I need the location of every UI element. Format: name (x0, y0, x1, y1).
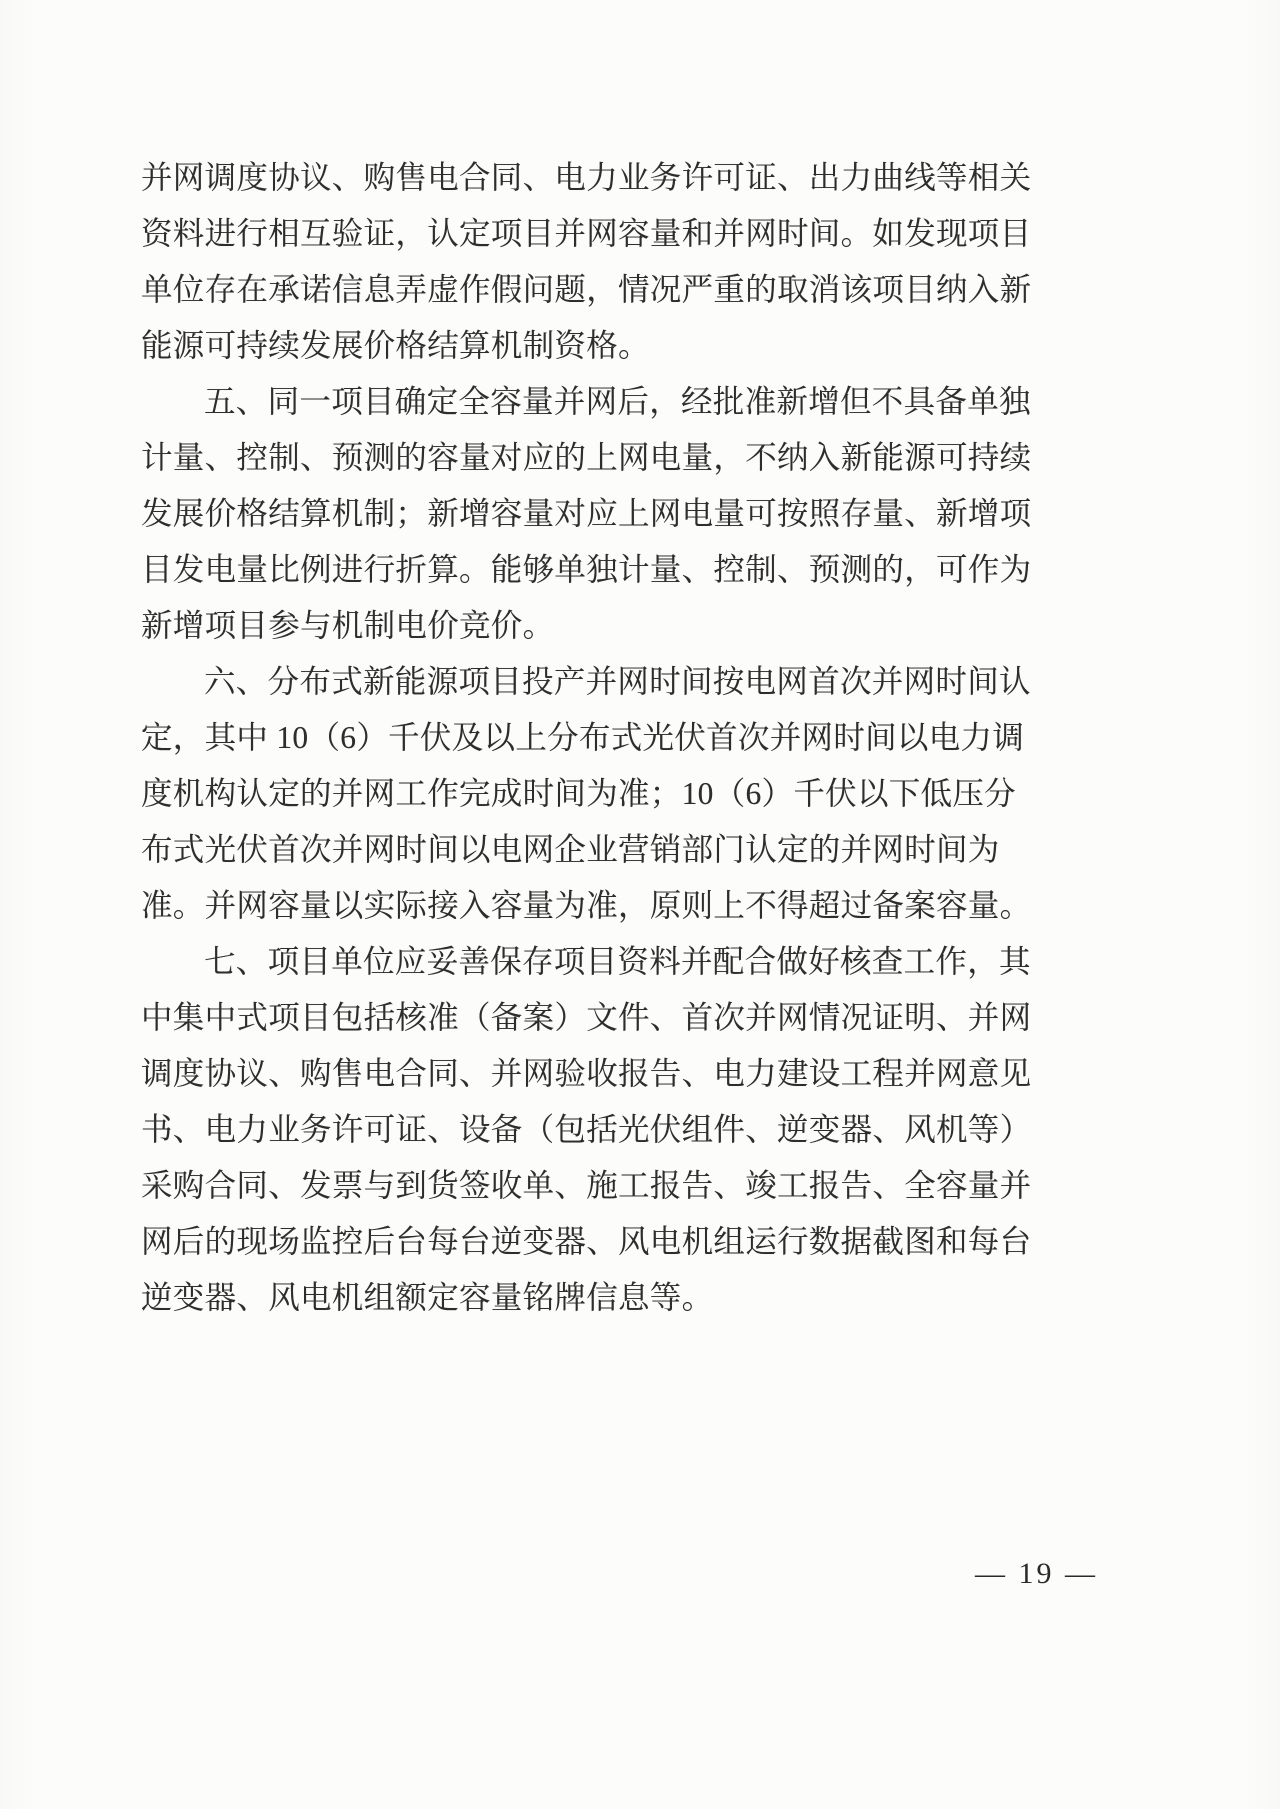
scanned-document-page: 并网调度协议、购售电合同、电力业务许可证、出力曲线等相关 资料进行相互验证，认定… (0, 0, 1280, 1809)
paragraph-item-5: 五、同一项目确定全容量并网后，经批准新增但不具备单独 计量、控制、预测的容量对应… (141, 374, 1011, 654)
paragraph-item-6: 六、分布式新能源项目投产并网时间按电网首次并网时间认 定，其中 10（6）千伏及… (141, 654, 1011, 934)
text-line: 并网调度协议、购售电合同、电力业务许可证、出力曲线等相关 (141, 150, 1011, 206)
paragraph-item-7: 七、项目单位应妥善保存项目资料并配合做好核查工作，其 中集中式项目包括核准（备案… (141, 934, 1011, 1326)
text-line: 定，其中 10（6）千伏及以上分布式光伏首次并网时间以电力调 (141, 710, 1011, 766)
text-line: 中集中式项目包括核准（备案）文件、首次并网情况证明、并网 (141, 990, 1011, 1046)
text-line: 五、同一项目确定全容量并网后，经批准新增但不具备单独 (141, 374, 1011, 430)
text-line: 书、电力业务许可证、设备（包括光伏组件、逆变器、风机等） (141, 1102, 1011, 1158)
text-line: 逆变器、风电机组额定容量铭牌信息等。 (141, 1270, 1011, 1326)
paragraph-continuation: 并网调度协议、购售电合同、电力业务许可证、出力曲线等相关 资料进行相互验证，认定… (141, 150, 1011, 374)
text-line: 六、分布式新能源项目投产并网时间按电网首次并网时间认 (141, 654, 1011, 710)
text-line: 资料进行相互验证，认定项目并网容量和并网时间。如发现项目 (141, 206, 1011, 262)
text-line: 能源可持续发展价格结算机制资格。 (141, 318, 1011, 374)
text-line: 度机构认定的并网工作完成时间为准；10（6）千伏以下低压分 (141, 766, 1011, 822)
text-line: 准。并网容量以实际接入容量为准，原则上不得超过备案容量。 (141, 878, 1011, 934)
text-line: 调度协议、购售电合同、并网验收报告、电力建设工程并网意见 (141, 1046, 1011, 1102)
text-line: 七、项目单位应妥善保存项目资料并配合做好核查工作，其 (141, 934, 1011, 990)
text-line: 新增项目参与机制电价竞价。 (141, 598, 1011, 654)
document-body-text: 并网调度协议、购售电合同、电力业务许可证、出力曲线等相关 资料进行相互验证，认定… (141, 150, 1011, 1326)
text-line: 目发电量比例进行折算。能够单独计量、控制、预测的，可作为 (141, 542, 1011, 598)
text-line: 计量、控制、预测的容量对应的上网电量，不纳入新能源可持续 (141, 430, 1011, 486)
text-line: 单位存在承诺信息弄虚作假问题，情况严重的取消该项目纳入新 (141, 262, 1011, 318)
page-number: — 19 — (975, 1556, 1098, 1592)
text-line: 采购合同、发票与到货签收单、施工报告、竣工报告、全容量并 (141, 1158, 1011, 1214)
text-line: 布式光伏首次并网时间以电网企业营销部门认定的并网时间为 (141, 822, 1011, 878)
text-line: 网后的现场监控后台每台逆变器、风电机组运行数据截图和每台 (141, 1214, 1011, 1270)
text-line: 发展价格结算机制；新增容量对应上网电量可按照存量、新增项 (141, 486, 1011, 542)
